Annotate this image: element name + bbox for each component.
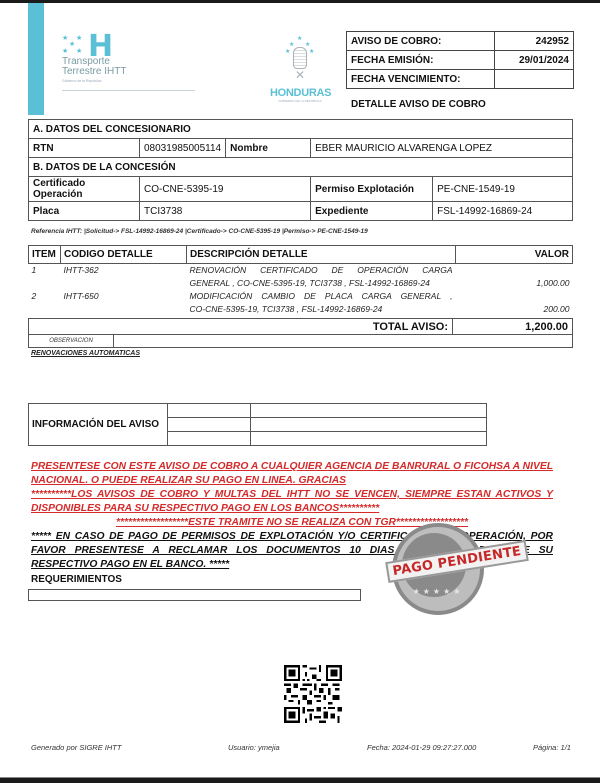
vencimiento-row: FECHA VENCIMIENTO:: [347, 70, 574, 89]
notice-no-vencen: **********LOS AVISOS DE COBRO Y MULTAS D…: [31, 488, 553, 516]
section-concesion: B. DATOS DE LA CONCESIÓN: [29, 158, 573, 177]
col-descripcion: DESCRIPCIÓN DETALLE: [187, 246, 456, 264]
nombre-label: Nombre: [226, 139, 311, 158]
total-table: TOTAL AVISO: 1,200.00: [28, 318, 573, 335]
stars-icon: ★★★★★: [408, 587, 468, 596]
datos-table: A. DATOS DEL CONCESIONARIO RTN 080319850…: [28, 119, 573, 221]
items-header: ITEM CODIGO DETALLE DESCRIPCIÓN DETALLE …: [29, 246, 573, 264]
emision-date: 29/01/2024: [495, 51, 574, 70]
total-value: 1,200.00: [453, 319, 573, 335]
logo-line2: Terrestre IHTT: [62, 67, 182, 77]
referencia-ihtt: Referencia IHTT: |Solicitud-> FSL-14992-…: [31, 228, 368, 235]
item-codigo: IHTT-362: [61, 264, 187, 291]
expediente-value: FSL-14992-16869-24: [433, 202, 573, 221]
notice-banco: PRESENTESE CON ESTE AVISO DE COBRO A CUA…: [31, 460, 553, 488]
item-number: 1: [29, 264, 61, 291]
placa-value: TCI3738: [140, 202, 311, 221]
logo-sub: Gobierno de la República: [62, 79, 182, 83]
permiso-value: PE-CNE-1549-19: [433, 177, 573, 202]
accent-bar: [28, 3, 44, 115]
item-number: 2: [29, 290, 61, 316]
aviso-label: AVISO DE COBRO:: [347, 32, 495, 51]
footer-user: Usuario: ymejia: [228, 743, 280, 752]
informacion-aviso-table: INFORMACIÓN DEL AVISO: [28, 403, 487, 446]
item-codigo: IHTT-650: [61, 290, 187, 316]
item-descripcion: RENOVACIÓN CERTIFICADO DE OPERACIÓN CARG…: [187, 264, 456, 291]
renovaciones-automaticas: RENOVACIONES AUTOMATICAS: [31, 350, 140, 357]
aviso-number: 242952: [495, 32, 574, 51]
aviso-row: AVISO DE COBRO: 242952: [347, 32, 574, 51]
item-descripcion: MODIFICACIÓN CAMBIO DE PLACA CARGA GENER…: [187, 290, 456, 316]
total-label: TOTAL AVISO:: [29, 319, 453, 335]
section-concesionario: A. DATOS DEL CONCESIONARIO: [29, 120, 573, 139]
col-item: ITEM: [29, 246, 61, 264]
qr-code-icon: [284, 665, 342, 723]
rtn-label: RTN: [29, 139, 140, 158]
certificado-label: Certificado Operación: [29, 177, 140, 202]
item-valor: 1,000.00: [456, 264, 573, 291]
expediente-label: Expediente: [311, 202, 433, 221]
vencimiento-date: [495, 70, 574, 89]
coat-of-arms-icon: ★ ★ ★ ★ ★ ✕: [280, 35, 320, 85]
document-page: ★★ ★ ★★ H Transporte Terrestre IHTT Gobi…: [0, 3, 600, 780]
nombre-value: EBER MAURICIO ALVARENGA LOPEZ: [311, 139, 573, 158]
table-row: 1 IHTT-362 RENOVACIÓN CERTIFICADO DE OPE…: [29, 264, 573, 291]
items-table: ITEM CODIGO DETALLE DESCRIPCIÓN DETALLE …: [28, 245, 573, 316]
footer-generated: Generado por SIGRE IHTT: [31, 743, 121, 752]
seal-sub: GOBIERNO DE LA REPÚBLICA: [270, 99, 330, 103]
stars-icon: ★★ ★ ★★: [62, 35, 88, 57]
rtn-value: 08031985005114: [140, 139, 226, 158]
emision-row: FECHA EMISIÓN: 29/01/2024: [347, 51, 574, 70]
emision-label: FECHA EMISIÓN:: [347, 51, 495, 70]
footer-page: Página: 1/1: [533, 743, 571, 752]
item-valor: 200.00: [456, 290, 573, 316]
pago-pendiente-stamp: ★★★★★ PAGO PENDIENTE: [392, 523, 484, 615]
honduras-seal: ★ ★ ★ ★ ★ ✕ HONDURAS GOBIERNO DE LA REPÚ…: [270, 35, 330, 107]
logo-divider: [62, 90, 195, 91]
requerimientos-label: REQUERIMIENTOS: [31, 574, 122, 585]
observacion-label: OBSERVACION: [29, 335, 114, 348]
seal-name: HONDURAS: [270, 87, 330, 99]
certificado-value: CO-CNE-5395-19: [140, 177, 311, 202]
requerimientos-box: [28, 589, 361, 601]
observacion-value: [114, 335, 573, 348]
detalle-title: DETALLE AVISO DE COBRO: [351, 99, 486, 110]
col-codigo: CODIGO DETALLE: [61, 246, 187, 264]
col-valor: VALOR: [456, 246, 573, 264]
informacion-label: INFORMACIÓN DEL AVISO: [29, 404, 168, 446]
aviso-header-table: AVISO DE COBRO: 242952 FECHA EMISIÓN: 29…: [346, 31, 574, 89]
table-row: 2 IHTT-650 MODIFICACIÓN CAMBIO DE PLACA …: [29, 290, 573, 316]
vencimiento-label: FECHA VENCIMIENTO:: [347, 70, 495, 89]
permiso-label: Permiso Explotación: [311, 177, 433, 202]
observacion-table: OBSERVACION: [28, 334, 573, 348]
footer-date: Fecha: 2024-01-29 09:27:27.000: [367, 743, 476, 752]
placa-label: Placa: [29, 202, 140, 221]
bottom-edge: [0, 777, 600, 783]
